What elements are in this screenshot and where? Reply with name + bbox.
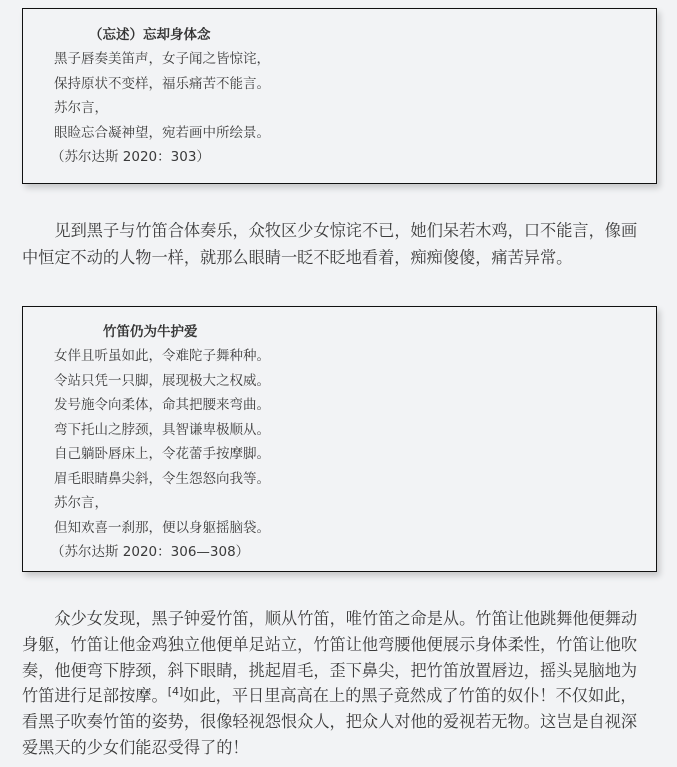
paragraph-text: 竹笛进行足部按摩。 <box>22 686 168 705</box>
poem-line: 眉毛眼睛鼻尖斜，令生怨怒向我等。 <box>54 467 270 492</box>
poem-line: 苏尔言， <box>54 491 270 516</box>
paragraph-line: 奏，他便弯下脖颈，斜下眼睛，挑起眉毛，歪下鼻尖，把竹笛放置唇边，摇头晃脑地为 <box>22 658 662 684</box>
poem-line: 苏尔言， <box>54 96 270 121</box>
poem-line: 令站只凭一只脚，展现极大之权威。 <box>54 369 270 394</box>
footnote-reference[interactable]: [4] <box>168 685 184 698</box>
poem-line: 但知欢喜一刹那，便以身躯摇脑袋。 <box>54 516 270 541</box>
paragraph-line: 众少女发现，黑子钟爱竹笛，顺从竹笛，唯竹笛之命是从。竹笛让他跳舞他便舞动 <box>22 606 662 632</box>
poem-line: 自己躺卧唇床上，令花蕾手按摩脚。 <box>54 442 270 467</box>
body-paragraph-1: 见到黑子与竹笛合体奏乐，众牧区少女惊诧不已，她们呆若木鸡，口不能言，像画 中恒定… <box>22 217 662 271</box>
poem-title: （忘述）忘却身体念 <box>89 23 211 43</box>
poem-quote-box-1: （忘述）忘却身体念 黑子唇奏美笛声，女子闻之皆惊诧， 保持原状不变样，福乐痛苦不… <box>22 8 657 184</box>
poem-lines: 女伴且听虽如此，令难陀子舞种种。 令站只凭一只脚，展现极大之权威。 发号施令向柔… <box>54 344 270 565</box>
paragraph-text: 如此，平日里高高在上的黑子竟然成了竹笛的奴仆！不仅如此， <box>183 686 636 705</box>
paragraph-line: 见到黑子与竹笛合体奏乐，众牧区少女惊诧不已，她们呆若木鸡，口不能言，像画 <box>22 217 662 244</box>
poem-lines: 黑子唇奏美笛声，女子闻之皆惊诧， 保持原状不变样，福乐痛苦不能言。 苏尔言， 眼… <box>54 47 270 170</box>
poem-line: 眼睑忘合凝神望，宛若画中所绘景。 <box>54 121 270 146</box>
paragraph-line: 中恒定不动的人物一样，就那么眼睛一眨不眨地看着，痴痴傻傻，痛苦异常。 <box>22 244 662 271</box>
body-paragraph-2: 众少女发现，黑子钟爱竹笛，顺从竹笛，唯竹笛之命是从。竹笛让他跳舞他便舞动 身躯，… <box>22 606 662 761</box>
poem-line: 保持原状不变样，福乐痛苦不能言。 <box>54 72 270 97</box>
poem-quote-box-2: 竹笛仍为牛护爱 女伴且听虽如此，令难陀子舞种种。 令站只凭一只脚，展现极大之权威… <box>22 306 657 572</box>
paragraph-line: 竹笛进行足部按摩。[4]如此，平日里高高在上的黑子竟然成了竹笛的奴仆！不仅如此， <box>22 683 662 709</box>
poem-title: 竹笛仍为牛护爱 <box>103 320 198 340</box>
poem-line: 女伴且听虽如此，令难陀子舞种种。 <box>54 344 270 369</box>
poem-citation: （苏尔达斯 2020：303） <box>51 145 270 170</box>
paragraph-line: 爱黑天的少女们能忍受得了的！ <box>22 735 662 761</box>
paragraph-line: 身躯，竹笛让他金鸡独立他便单足站立，竹笛让他弯腰他便展示身体柔性，竹笛让他吹 <box>22 632 662 658</box>
poem-line: 黑子唇奏美笛声，女子闻之皆惊诧， <box>54 47 270 72</box>
poem-line: 弯下托山之脖颈，具智谦卑极顺从。 <box>54 418 270 443</box>
paragraph-line: 看黑子吹奏竹笛的姿势，很像轻视怨恨众人，把众人对他的爱视若无物。这岂是自视深 <box>22 709 662 735</box>
poem-line: 发号施令向柔体，命其把腰来弯曲。 <box>54 393 270 418</box>
poem-citation: （苏尔达斯 2020：306—308） <box>51 540 270 565</box>
